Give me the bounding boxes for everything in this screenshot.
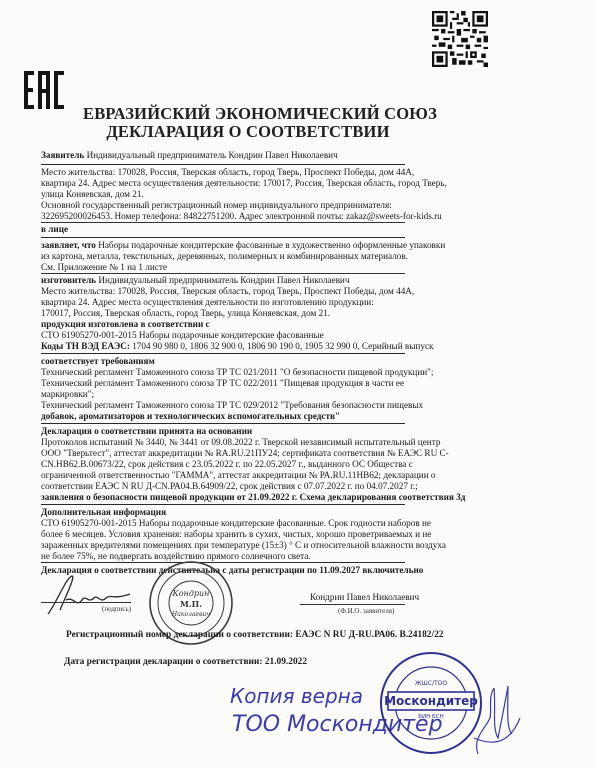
svg-text:Кондрин: Кондрин [172,589,210,598]
registration-date-label: Дата регистрации декларации о соответств… [64,657,262,667]
requirements-label: соответствует требованиям [41,356,404,367]
manufacturer-name: Индивидуальный предприниматель Кондрин П… [98,275,349,285]
manufacturer-address-line: 170017, Россия, Тверская область, город … [41,308,404,319]
manufacturer-label: изготовитель [41,275,96,285]
divider [41,273,405,274]
produced-per-standard: СТО 61905270-001-2015 Наборы подарочные … [41,330,404,341]
divider [41,423,405,424]
registration-date-row: Дата регистрации декларации о соответств… [64,657,427,668]
requirement-line: маркировки"; [41,389,404,400]
additional-info-line: более 6 месяцев. Условия хранения: набор… [41,529,404,540]
basis-line: соответствии ЕАЭС N RU Д-CN.РА04.В.64909… [41,481,404,492]
svg-text:Москондитер: Москондитер [384,694,478,708]
basis-line: ограниченной ответственностью "ГАММА", а… [41,470,404,481]
tn-ved-codes-row: Коды ТН ВЭД ЕАЭС: 1704 90 980 0, 1806 32… [41,341,404,352]
declares-label: заявляет, что [41,240,96,250]
in-person-label: в лице [41,224,404,235]
additional-info-line: СТО 61905270-001-2015 Наборы подарочные … [41,518,404,529]
eac-logo-icon [22,68,66,112]
applicant-label: Заявитель [41,150,84,160]
title-declaration: ДЕКЛАРАЦИЯ О СООТВЕТСТВИИ [68,122,428,142]
requirement-line: Технический регламент Таможенного союза … [41,400,404,411]
qr-code-icon [432,6,488,72]
produced-per-label: продукция изготовлена в соответствии с [41,319,404,330]
divider [41,353,405,354]
signature-line [41,602,131,603]
requirement-line: добавок, ароматизаторов и технологически… [41,411,404,422]
registration-number-row: Регистрационный номер декларации о соотв… [66,630,429,641]
basis-line: Протоколов испытаний № 3440, № 3441 от 0… [41,437,404,448]
divider [41,222,405,223]
svg-text:БИН БСН: БИН БСН [418,714,444,720]
name-caption: (Ф.И.О. заявителя) [338,607,394,615]
basis-line: заявления о безопасности пищевой продукц… [41,492,404,503]
basis-label: Декларация о соответствии принята на осн… [41,426,404,437]
title-union: ЕВРАЗИЙСКИЙ ЭКОНОМИЧЕСКИЙ СОЮЗ [80,104,440,124]
appendix-reference: См. Приложение № 1 на 1 листе [41,262,404,273]
applicant-address-line: улица Коняевская, дом 21. [41,189,404,200]
declares-row: заявляет, что Наборы подарочные кондитер… [41,240,404,251]
applicant-full-name: Кондрин Павел Николаевич [310,592,419,602]
tn-ved-codes-label: Коды ТН ВЭД ЕАЭС: [41,341,130,351]
svg-text:Николаевич: Николаевич [171,611,211,618]
basis-line: CN.НВ62.В.00673/22, срок действия с 23.0… [41,459,404,470]
basis-line: ООО "Тверьтест", аттестат аккредитации №… [41,448,404,459]
signature-caption: (подпись) [102,605,131,613]
name-line [300,604,405,605]
manufacturer-row: изготовитель Индивидуальный предпринимат… [41,275,404,286]
tn-ved-codes: 1704 90 980 0, 1806 32 900 0, 1806 90 19… [132,341,433,351]
requirement-line: Технический регламент Таможенного союза … [41,378,404,389]
registration-number: ЕАЭС N RU Д-RU.РА06. В.24182/22 [295,630,443,640]
svg-text:ЖШС/ТОО: ЖШС/ТОО [415,680,447,687]
applicant-address-line: Место жительства: 170028, Россия, Тверск… [41,167,404,178]
applicant-contact-line: 322695200026453. Номер телефона: 8482275… [41,211,404,222]
certifier-signature-icon [468,678,528,758]
svg-text:М.П.: М.П. [180,599,202,609]
registration-number-label: Регистрационный номер декларации о соотв… [66,630,293,640]
manufacturer-address-line: квартира 24. Адрес места осуществления д… [41,297,404,308]
certified-copy-note: Копия верна [230,684,363,708]
divider [41,504,405,505]
declares-product-line: из картона, металла, текстильных, деревя… [41,251,404,262]
additional-info-line: зараженных вредителями помещениях при те… [41,540,404,551]
manufacturer-address-line: Место жительства: 170028, Россия, Тверск… [41,286,404,297]
applicant-row: Заявитель Индивидуальный предприниматель… [41,150,404,161]
applicant-name: Индивидуальный предприниматель Кондрин П… [87,150,338,160]
divider [41,237,405,238]
applicant-address-line: квартира 24. Адрес места осуществления д… [41,178,404,189]
requirement-line: Технический регламент Таможенного союза … [41,367,404,378]
additional-info-label: Дополнительная информация [41,507,404,518]
declares-product: Наборы подарочные кондитерские фасованны… [98,240,445,250]
applicant-ogrn-line: Основной государственный регистрационный… [41,200,404,211]
divider [41,164,405,165]
registration-date: 21.09.2022 [265,657,307,667]
